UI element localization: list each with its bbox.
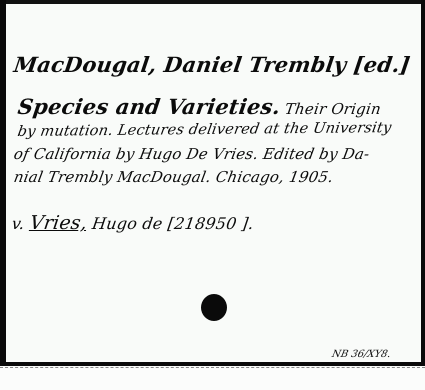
- xref-prefix: v.: [11, 214, 26, 233]
- card-border-right: [421, 0, 425, 366]
- scan-margin: [0, 368, 425, 390]
- call-number: NB 36/XY8.: [331, 349, 392, 360]
- card-border-left: [0, 0, 6, 366]
- xref-rest: Hugo de [218950 ].: [86, 214, 255, 233]
- title-main: Species and Varieties.: [16, 94, 282, 119]
- title-rest: Their Origin: [279, 100, 383, 118]
- punch-hole: [201, 294, 227, 321]
- card-border-bottom: [0, 362, 425, 366]
- catalog-card: MacDougal, Daniel Trembly [ed.] Species …: [0, 0, 425, 390]
- description-line-3: nial Trembly MacDougal. Chicago, 1905.: [12, 168, 334, 186]
- author-heading: MacDougal, Daniel Trembly [ed.]: [12, 52, 412, 77]
- cross-reference: v. Vries, Hugo de [218950 ].: [10, 212, 255, 234]
- description-line-2: of California by Hugo De Vries. Edited b…: [12, 145, 371, 163]
- xref-name: Vries,: [28, 212, 88, 234]
- description-line-1: by mutation. Lectures delivered at the U…: [16, 120, 392, 140]
- card-border-top: [0, 0, 425, 4]
- title-line: Species and Varieties. Their Origin: [16, 94, 383, 119]
